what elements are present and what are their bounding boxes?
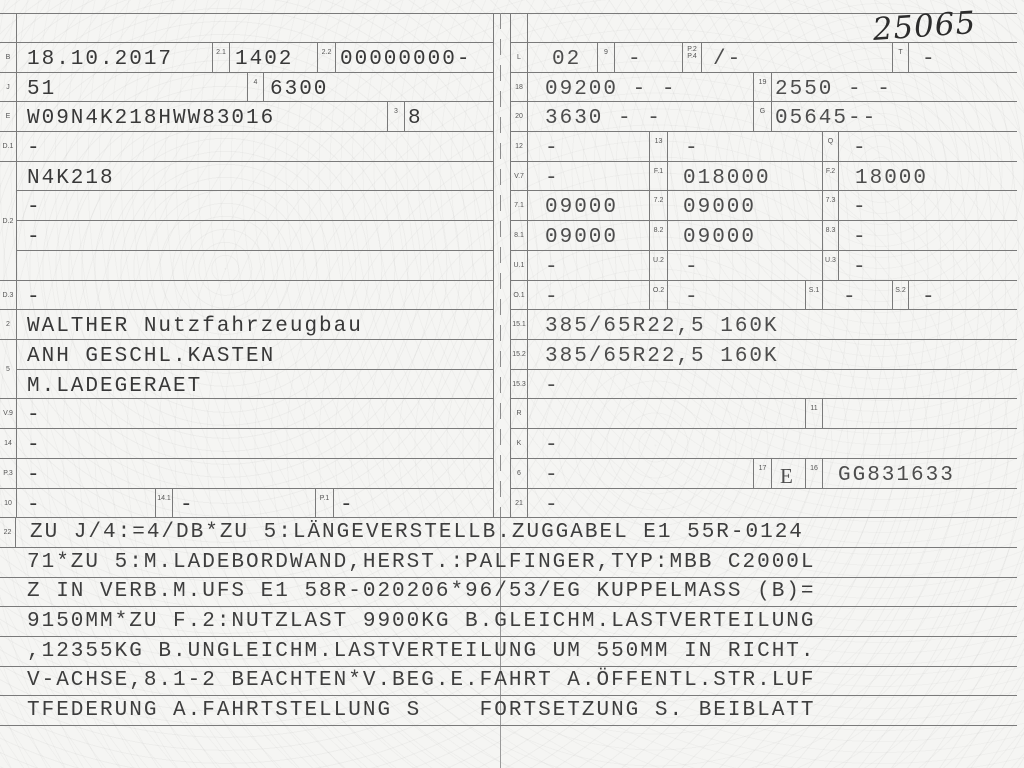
row-line [527,398,1017,399]
field-8-2-value: 09000 [683,226,756,250]
field-8-1-value: 09000 [545,226,618,250]
field-q-value: - [853,137,868,161]
field-label: 7.3 [826,197,836,204]
field-16-document-number: GG831633 [838,464,955,488]
field-p3-value: - [27,464,42,488]
field-box-f1: F.1 [649,161,668,190]
label-cell: E [0,101,17,131]
field-label: 13 [655,138,663,145]
label-cell: 12 [510,131,528,161]
field-13-value: - [685,137,700,161]
row-line [16,369,493,370]
field-d3-value: - [27,286,42,310]
field-15-2-tyre: 385/65R22,5 160K [545,345,779,369]
field-label: 6 [517,470,521,477]
field-box-s1: S.1 [805,280,823,309]
field-box-q: Q [822,131,839,161]
field-label: 18 [515,84,523,91]
field-label: B [6,54,11,61]
field-label: K [517,440,522,447]
row-line [16,458,493,459]
field-p1-value: - [340,494,355,518]
field-label: P.1 [320,495,330,502]
label-cell: 14 [0,428,17,458]
field-label: S.1 [809,287,820,294]
remarks-line [0,577,1017,578]
remarks-line-3: Z IN VERB.M.UFS E1 58R-020206*96/53/EG K… [27,580,816,604]
row-line [527,428,1017,429]
field-label: U.2 [653,257,664,264]
row-line [16,280,493,281]
field-u1-value: - [545,256,560,280]
field-box-4: 4 [247,72,264,101]
field-label: 7.2 [654,197,664,204]
row-line [527,131,1017,132]
field-label: P.3 [3,470,13,477]
label-cell: J [0,72,17,101]
field-box-17: 17 [753,458,772,488]
field-12-value: - [545,137,560,161]
label-cell: 7.1 [510,190,528,220]
field-u3-value: - [853,256,868,280]
field-label: Q [828,138,833,145]
field-label: E [6,113,11,120]
label-cell: 10 [0,488,17,517]
field-box-o2: O.2 [649,280,668,309]
field-label: G [760,108,765,115]
field-10-value: - [27,494,42,518]
label-cell: D.3 [0,280,17,309]
field-label: 3 [394,108,398,115]
field-box-19: 19 [753,72,772,101]
field-box-p1: P.1 [315,488,334,517]
field-box-7-2: 7.2 [649,190,668,220]
row-line [16,101,493,102]
row-line [16,488,493,489]
row-line [527,280,1017,281]
field-label: T [898,49,902,56]
remarks-line [0,547,1017,548]
field-box-g: G [753,101,772,131]
field-label: 15.2 [512,351,526,358]
remarks-line [0,636,1017,637]
left-label-header [0,13,17,42]
field-2-manufacturer: WALTHER Nutzfahrzeugbau [27,315,363,339]
row-line [527,190,1017,191]
field-label: J [6,84,10,91]
label-cell: L [510,42,528,72]
field-box-13: 13 [649,131,668,161]
label-cell: P.3 [0,458,17,488]
field-e-vin: W09N4K218HWW83016 [27,107,275,131]
field-14-1-value: - [180,494,195,518]
field-v9-value: - [27,404,42,428]
row-line [527,161,1017,162]
row-line [16,428,493,429]
field-label: 5 [6,366,10,373]
field-box-3: 3 [387,101,405,131]
field-f2-value: 18000 [855,167,928,191]
field-t-value: - [922,48,937,72]
field-3-value: 8 [408,107,423,131]
label-cell: 15.1 [510,309,528,339]
field-box-s2: S.2 [892,280,909,309]
label-cell: 5 [0,339,17,398]
field-label: 11 [810,405,817,412]
remarks-top-line [0,517,1017,518]
field-b-first-registration-date: 18.10.2017 [27,48,173,72]
row-line [16,339,493,340]
field-d2-version: - [27,226,42,250]
field-label: O.1 [513,292,524,299]
field-label: D.2 [3,218,14,225]
field-15-1-tyre: 385/65R22,5 160K [545,315,779,339]
label-cell: B [0,42,17,72]
field-box-16: 16 [805,458,823,488]
field-label: 8.3 [826,227,836,234]
field-9-value: - [628,48,643,72]
field-box-u2: U.2 [649,250,668,280]
field-17-value: E [780,464,795,488]
row-line [527,369,1017,370]
field-label: 15.1 [512,321,526,328]
field-g-mass: 05645-- [775,107,877,131]
field-label: 8.1 [514,232,524,239]
field-box-11: 11 [805,398,823,428]
label-cell: 20 [510,101,528,131]
field-label: 17 [759,465,767,472]
label-cell: 21 [510,488,528,517]
label-cell: D.1 [0,131,17,161]
field-box-t: T [892,42,909,72]
field-label: F.2 [826,168,835,175]
label-cell: 6 [510,458,528,488]
field-14-value: - [27,434,42,458]
field-d2-type: N4K218 [27,167,115,191]
fold-line [500,13,501,517]
top-border [0,13,1017,14]
remarks-line-7: TFEDERUNG A.FAHRTSTELLUNG S FORTSETZUNG … [27,699,816,723]
field-o1-value: - [545,286,560,310]
field-7-1-value: 09000 [545,196,618,220]
label-cell: D.2 [0,161,17,280]
field-f1-value: 018000 [683,167,771,191]
remarks-line-5: ,12355KG B.UNGLEICHM.LASTVERTEILUNG UM 5… [27,640,816,664]
field-box-2-1: 2.1 [212,42,230,72]
remarks-line-6: V-ACHSE,8.1-2 BEACHTEN*V.BEG.E.FAHRT A.Ö… [27,669,816,693]
label-cell: R [510,398,528,428]
field-5-body-line1: ANH GESCHL.KASTEN [27,345,275,369]
row-line [527,339,1017,340]
field-box-2-2: 2.2 [317,42,336,72]
field-15-3-tyre: - [545,375,560,399]
label-cell: O.1 [510,280,528,309]
label-cell: 2 [0,309,17,339]
field-label: S.2 [895,287,906,294]
field-box-8-2: 8.2 [649,220,668,250]
field-label: 20 [515,113,523,120]
field-label: 8.2 [654,227,664,234]
remarks-line-2: 71*ZU 5:M.LADEBORDWAND,HERST.:PALFINGER,… [27,551,816,575]
field-k-value: - [545,434,560,458]
field-label: V.9 [3,410,13,417]
field-label: 14.1 [157,495,171,502]
field-u2-value: - [685,256,700,280]
field-2-1-value: 1402 [235,48,293,72]
field-4-value: 6300 [270,78,328,102]
field-label: 10 [4,500,12,507]
row-line [527,488,1017,489]
row-line [16,161,493,162]
field-d1-value: - [27,137,42,161]
field-2-2-value: 00000000- [340,48,471,72]
field-21-value: - [545,494,560,518]
field-label: 2.1 [216,49,226,56]
label-cell: 8.1 [510,220,528,250]
row-line [16,309,493,310]
field-7-2-value: 09000 [683,196,756,220]
row-line [16,42,493,43]
field-box-7-3: 7.3 [822,190,839,220]
field-l-value: 02 [552,48,581,72]
field-label: 14 [4,440,12,447]
remarks-line-4: 9150MM*ZU F.2:NUTZLAST 9900KG B.GLEICHM.… [27,610,816,634]
field-box-u3: U.3 [822,250,839,280]
right-label-header [510,13,528,42]
row-line [527,458,1017,459]
remarks-bottom-line [0,725,1017,726]
field-7-3-value: - [853,196,868,220]
field-label: R [516,410,521,417]
field-label: V.7 [514,173,524,180]
label-cell: U.1 [510,250,528,280]
field-label: L [517,54,521,61]
field-20-height: 3630 - - [545,107,662,131]
row-line [527,309,1017,310]
field-19-width: 2550 - - [775,78,892,102]
field-box-f2: F.2 [822,161,839,190]
field-label: D.3 [3,292,14,299]
field-5-body-line2: M.LADEGERAET [27,375,202,399]
row-line [16,131,493,132]
remarks-line [0,606,1017,607]
remarks-line-1: ZU J/4:=4/DB*ZU 5:LÄNGEVERSTELLB.ZUGGABE… [30,521,804,545]
label-cell: V.7 [510,161,528,190]
label-cell: V.9 [0,398,17,428]
field-o2-value: - [685,286,700,310]
remarks-line [0,666,1017,667]
field-label: 2 [6,321,10,328]
row-line [527,220,1017,221]
remarks-line [0,695,1017,696]
field-s1-value: - [843,286,858,310]
field-label: 22 [4,529,12,536]
field-label: 21 [515,500,523,507]
field-v7-value: - [545,167,560,191]
row-line [527,72,1017,73]
field-label: U.1 [514,262,525,269]
row-line [527,250,1017,251]
left-panel-right-border [493,13,494,517]
field-box-9: 9 [597,42,615,72]
field-label: 15.3 [512,381,526,388]
field-label: 16 [810,465,818,472]
field-label: 4 [254,79,258,86]
row-line [16,250,493,251]
field-box-14-1: 14.1 [155,488,173,517]
field-label: 9 [604,49,608,56]
label-cell-22: 22 [0,517,16,547]
field-j-value: 51 [27,78,56,102]
field-label: F.1 [654,168,663,175]
label-cell: K [510,428,528,458]
field-p2-p4-value: /- [713,48,742,72]
field-box-8-3: 8.3 [822,220,839,250]
field-label: P.2 P.4 [687,46,697,60]
field-8-3-value: - [853,226,868,250]
field-label: 7.1 [514,202,524,209]
field-s2-value: - [922,286,937,310]
label-cell: 15.3 [510,369,528,398]
field-label: D.1 [3,143,14,150]
label-cell: 18 [510,72,528,101]
field-label: 12 [515,143,523,150]
field-box-p2-p4: P.2 P.4 [682,42,702,72]
field-18-length: 09200 - - [545,78,676,102]
field-6-value: - [545,464,560,488]
field-d2-variant: - [27,196,42,220]
field-label: O.2 [653,287,664,294]
field-label: 2.2 [322,49,332,56]
field-label: U.3 [825,257,836,264]
field-label: 19 [759,79,767,86]
label-cell: 15.2 [510,339,528,369]
row-line [16,220,493,221]
